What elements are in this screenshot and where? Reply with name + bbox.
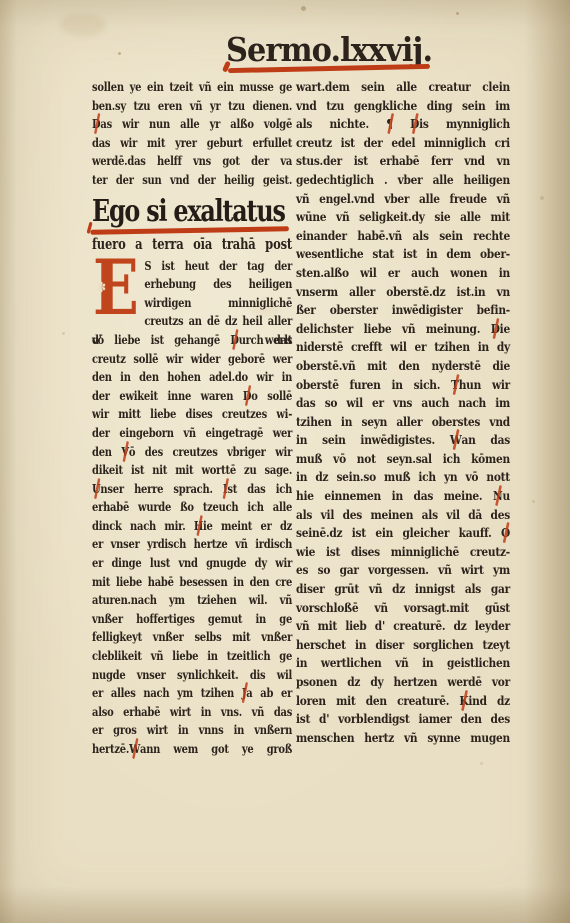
text-line: der ewikeit inne waren Do sollē <box>92 387 292 406</box>
rubricated-letter: T <box>451 376 459 395</box>
text-line: er gros wirt in vnns in vnßern <box>92 721 292 740</box>
text-line: oberstē furen in sich. Thun wir <box>296 376 510 395</box>
text-line: psonen dz dy hertzen werdē vor <box>296 673 510 692</box>
text-line: oberstē.vñ mit den nyderstē die <box>296 357 510 376</box>
text-line: seinē.dz ist ein gleicher kauff. O <box>296 524 510 543</box>
text-line: vñ mit lieb d' creaturē. dz leyder <box>296 617 510 636</box>
text-line: hie einnemen in das meine. Nu <box>296 487 510 506</box>
text-line: vnserm aller oberstē.dz ist.in vn <box>296 283 510 302</box>
text-line: Unser herre sprach. Ist das ich <box>92 480 292 499</box>
text-line: er dinge lust vnd gnugde dy wir <box>92 554 292 573</box>
text-line: in wertlichen vñ in geistlichen <box>296 654 510 673</box>
text-line: ben.sy tzu eren vñ yr tzu dienen. <box>92 97 292 116</box>
left-body-lines: creutzs an dē dz heil aller d' werltvō l… <box>92 312 292 758</box>
text-line: dinck nach mir. Hie meint er dz <box>92 517 292 536</box>
rubricated-letter: D <box>243 387 251 406</box>
text-line: den Vō des creutzes vbriger wir <box>92 443 292 462</box>
text-line: stus.der ist erhabē ferr vnd vn <box>296 152 510 171</box>
foxing-spot <box>480 762 483 765</box>
text-line: vō liebe ist gehangē Durch das <box>92 331 292 350</box>
text-line: cleblikeit vñ liebe in tzeitlich ge <box>92 647 292 666</box>
text-line: creutz ist der edel minniglich cri <box>296 134 510 153</box>
lombard-initial: E ✽ <box>92 259 140 313</box>
rubricated-letter: H <box>194 517 203 536</box>
foxing-spot <box>456 12 459 15</box>
rubricated-letter: I <box>223 480 227 499</box>
rubricated-letter: W <box>129 740 140 759</box>
text-line: der eingeborn vñ eingetragē wer <box>92 424 292 443</box>
text-line: Das wir nun alle yr alßo volgē <box>92 115 292 134</box>
text-line: mit liebe habē besessen in den cre <box>92 573 292 592</box>
rubricated-letter: D <box>92 115 100 134</box>
text-line: aturen.nach ym tziehen wil. vñ <box>92 591 292 610</box>
text-line: ter der sun vnd der heilig geist. <box>92 171 292 190</box>
text-line: den in den hohen adel.do wir in <box>92 368 292 387</box>
text-line: wart.dem sein alle creatur clein <box>296 78 510 97</box>
text-line: in dz sein.so muß ich yn vō nott <box>296 468 510 487</box>
text-line: wūne vñ seligkeit.dy sie alle mit <box>296 208 510 227</box>
text-line: in sein inwēdigistes. Wan das <box>296 431 510 450</box>
text-line: nugde vnser synlichkeit. dis wil <box>92 666 292 685</box>
text-line: es so gar vorgessen. vñ wirt ym <box>296 561 510 580</box>
text-line: sollen ye ein tzeit vñ ein musse ge <box>92 78 292 97</box>
text-line: werdē.das helff vns got der va <box>92 152 292 171</box>
text-line: er alles nach ym tzihen Ja ab er <box>92 684 292 703</box>
foxing-spot <box>118 52 121 55</box>
text-line: vnd tzu gengkliche ding sein im <box>296 97 510 116</box>
text-line: ßer oberster inwēdigister befin- <box>296 301 510 320</box>
text-line: muß vō not seyn.sal ich kōmen <box>296 450 510 469</box>
right-body-lines: wart.dem sein alle creatur cleinvnd tzu … <box>296 78 510 747</box>
text-line: felligkeyt vnßer selbs mit vnßer <box>92 628 292 647</box>
text-line: hertzē.Wann wem got ye groß <box>92 740 292 759</box>
foxing-spot <box>301 6 306 11</box>
rubricated-letter: K <box>459 692 468 711</box>
text-line: wesentliche stat ist in dem ober- <box>296 245 510 264</box>
rubricated-letter: N <box>493 487 502 506</box>
text-line: wie ist dises minniglichē creutz- <box>296 543 510 562</box>
initial-ornament: ✽ <box>97 281 106 295</box>
right-text-column: wart.dem sein alle creatur cleinvnd tzu … <box>296 78 548 747</box>
text-line: menschen hertz vñ synne mugen <box>296 729 510 748</box>
rubricated-letter: V <box>121 443 128 462</box>
text-line: also erhabē wirt in vns. vñ das <box>92 703 292 722</box>
text-line: vñ engel.vnd vber alle freude vñ <box>296 190 510 209</box>
text-line: loren mit den creaturē. Kind dz <box>296 692 510 711</box>
text-line: sten.alßo wil er auch wonen in <box>296 264 510 283</box>
paper-stain <box>60 14 106 36</box>
text-line: vnßer hoffertiges gemut in ge <box>92 610 292 629</box>
text-line: als vil des meinen als vil dā des <box>296 506 510 525</box>
rubricated-letter: ¶ <box>386 115 393 134</box>
rubricated-letter: J <box>242 684 246 703</box>
latin-heading-text: Ego si exaltatus <box>92 194 285 229</box>
rubricated-letter: D <box>230 331 238 350</box>
text-line: er vnser yrdisch hertze vñ irdisch <box>92 535 292 554</box>
text-line: delichster liebe vñ meinung. Die <box>296 320 510 339</box>
text-line: erhabē wurde ßo tzeuch ich alle <box>92 498 292 517</box>
text-line: creutz sollē wir wider geborē wer <box>92 350 292 369</box>
text-line: niderstē crefft wil er tzihen in dy <box>296 338 510 357</box>
text-line: dikeit ist nit mit worttē zu sage. <box>92 461 292 480</box>
running-head: Sermo.lxxvij. <box>226 30 421 69</box>
text-line: als nichte. ¶ Dis mynniglich <box>296 115 510 134</box>
left-intro-lines: sollen ye ein tzeit vñ ein musse geben.s… <box>92 78 292 190</box>
text-line: das wir mit yrer geburt erfullet <box>92 134 292 153</box>
rubricated-letter: O <box>501 524 510 543</box>
rubricated-letter: U <box>92 480 100 499</box>
text-line: tzihen in seyn aller oberstes vnd <box>296 413 510 432</box>
rubricated-letter: D <box>491 320 500 339</box>
text-line: diser grūt vñ dz innigst als gar <box>296 580 510 599</box>
paragraph-with-initial: E ✽ S ist heut der tag dererhebung des h… <box>92 257 292 313</box>
foxing-spot <box>62 332 65 335</box>
text-line: gedechtiglich . vber alle heiligen <box>296 171 510 190</box>
text-line: das so wil er vns auch nach im <box>296 394 510 413</box>
text-line: herschet in diser sorglichen tzeyt <box>296 636 510 655</box>
text-line: wir mitt liebe dises creutzes wi- <box>92 405 292 424</box>
text-line: einander habē.vñ als sein rechte <box>296 227 510 246</box>
rubricated-letter: D <box>410 115 419 134</box>
text-line: vorschloßē vñ vorsagt.mit gūst <box>296 599 510 618</box>
latin-heading: Ego si exaltatus <box>92 195 292 235</box>
text-line: ist d' vorblendigst iamer den des <box>296 710 510 729</box>
rubricated-letter: W <box>450 431 462 450</box>
